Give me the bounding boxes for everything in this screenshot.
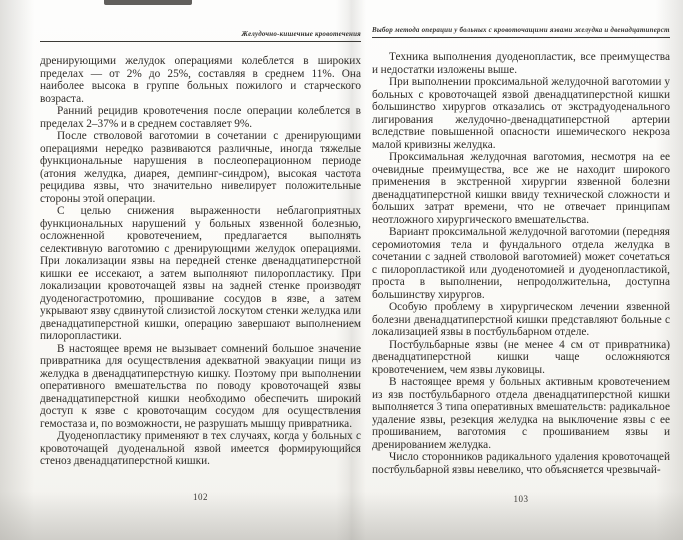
paragraph: С целью снижения выраженности неблагопри…: [40, 205, 361, 343]
right-page-number: 103: [372, 494, 670, 504]
paragraph: Число сторонников радикального удаления …: [372, 451, 670, 476]
left-running-header: Желудочно-кишечные кровотечения: [40, 30, 361, 42]
paragraph: дренирующими желудок операциями колеблет…: [40, 55, 361, 105]
paragraph: При выполнении проксимальной желудочной …: [372, 76, 670, 151]
paragraph: Ранний рецидив кровотечения после операц…: [40, 105, 361, 130]
left-page-body: дренирующими желудок операциями колеблет…: [40, 55, 361, 468]
paragraph: Техника выполнения дуоденопластик, все п…: [372, 51, 670, 76]
paragraph: После стволовой ваготомии в сочетании с …: [40, 130, 361, 205]
paragraph: В настоящее время у больных активным кро…: [372, 376, 670, 451]
paragraph: Проксимальная желудочная ваготомия, несм…: [372, 151, 670, 226]
paragraph: Вариант проксимальной желудочной ваготом…: [372, 226, 670, 301]
left-page: Желудочно-кишечные кровотечения дренирую…: [40, 30, 361, 468]
photo-dark-edge: [104, 0, 192, 5]
paragraph: Постбульбарные язвы (не менее 4 см от пр…: [372, 339, 670, 377]
right-page-body: Техника выполнения дуоденопластик, все п…: [372, 51, 670, 476]
paragraph: Особую проблему в хирургическом лечении …: [372, 301, 670, 339]
right-page: Выбор метода операции у больных с кровот…: [372, 26, 670, 476]
right-running-header: Выбор метода операции у больных с кровот…: [372, 26, 670, 38]
book-spread-photo: Желудочно-кишечные кровотечения дренирую…: [0, 0, 683, 540]
paragraph: Дуоденопластику применяют в тех случаях,…: [40, 430, 361, 468]
left-page-number: 102: [40, 492, 361, 502]
paragraph: В настоящее время не вызывает сомнений б…: [40, 343, 361, 431]
